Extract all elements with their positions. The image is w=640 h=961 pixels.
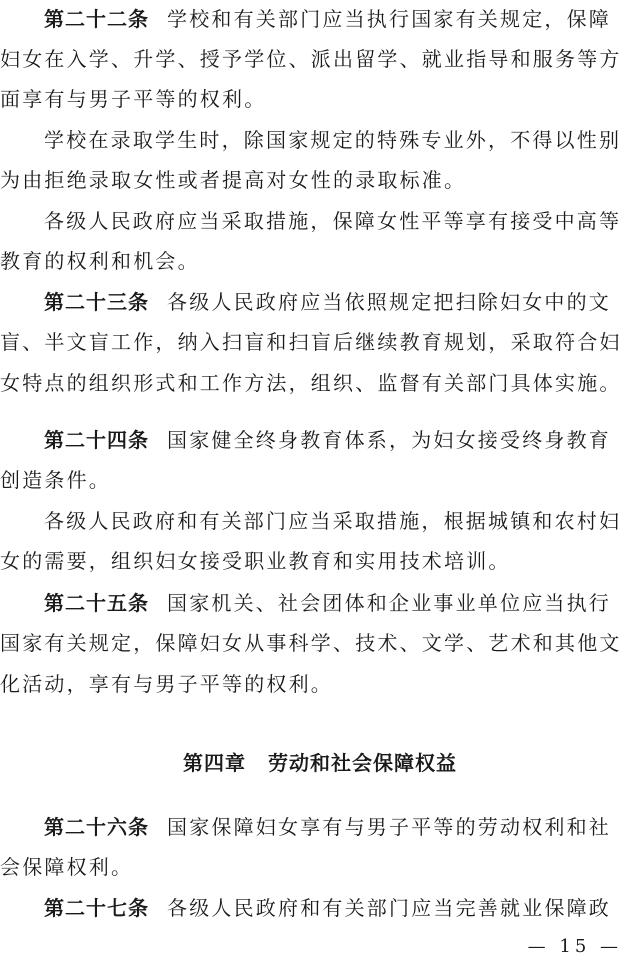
chapter-heading: 第四章劳动和社会保障权益 [0,748,640,778]
paragraph-line: 化活动，享有与男子平等的权利。 [0,669,640,699]
article-22-line-2: 妇女在入学、升学、授予学位、派出留学、就业指导和服务等方 [0,44,640,74]
article-heading: 第二十三条 [44,290,149,314]
article-27-line-1: 第二十七条各级人民政府和有关部门应当完善就业保障政 [0,893,640,923]
paragraph-line: 女特点的组织形式和工作方法，组织、监督有关部门具体实施。 [0,368,640,398]
article-26-line-1: 第二十六条国家保障妇女享有与男子平等的劳动权利和社 [0,812,640,842]
article-heading: 第二十七条 [44,896,149,920]
paragraph-line: 会保障权利。 [0,852,640,882]
article-22-line-1: 第二十二条学校和有关部门应当执行国家有关规定，保障 [0,4,640,34]
article-25-line-1: 第二十五条国家机关、社会团体和企业事业单位应当执行 [0,588,640,618]
paragraph-line: 各级人民政府和有关部门应当采取措施，根据城镇和农村妇 [0,506,640,536]
article-heading: 第二十四条 [44,428,149,452]
page-number: — 15 — [528,936,622,958]
chapter-title: 劳动和社会保障权益 [268,751,457,775]
paragraph-line: 为由拒绝录取女性或者提高对女性的录取标准。 [0,165,640,195]
article-heading: 第二十六条 [44,815,149,839]
paragraph-line: 教育的权利和机会。 [0,246,640,276]
article-24-line-1: 第二十四条国家健全终身教育体系，为妇女接受终身教育 [0,425,640,455]
paragraph-line: 国家有关规定，保障妇女从事科学、技术、文学、艺术和其他文 [0,628,640,658]
paragraph-line: 女的需要，组织妇女接受职业教育和实用技术培训。 [0,546,640,576]
article-heading: 第二十五条 [44,591,149,615]
paragraph-line: 各级人民政府应当采取措施，保障女性平等享有接受中高等 [0,206,640,236]
paragraph-line: 创造条件。 [0,465,640,495]
document-page: 第二十二条学校和有关部门应当执行国家有关规定，保障 妇女在入学、升学、授予学位、… [0,0,640,961]
article-heading: 第二十二条 [44,7,149,31]
chapter-number: 第四章 [183,751,246,775]
article-22-line-3: 面享有与男子平等的权利。 [0,84,640,114]
article-23-line-1: 第二十三条各级人民政府应当依照规定把扫除妇女中的文 [0,287,640,317]
paragraph-line: 盲、半文盲工作，纳入扫盲和扫盲后继续教育规划，采取符合妇 [0,327,640,357]
paragraph-line: 学校在录取学生时，除国家规定的特殊专业外，不得以性别 [0,125,640,155]
